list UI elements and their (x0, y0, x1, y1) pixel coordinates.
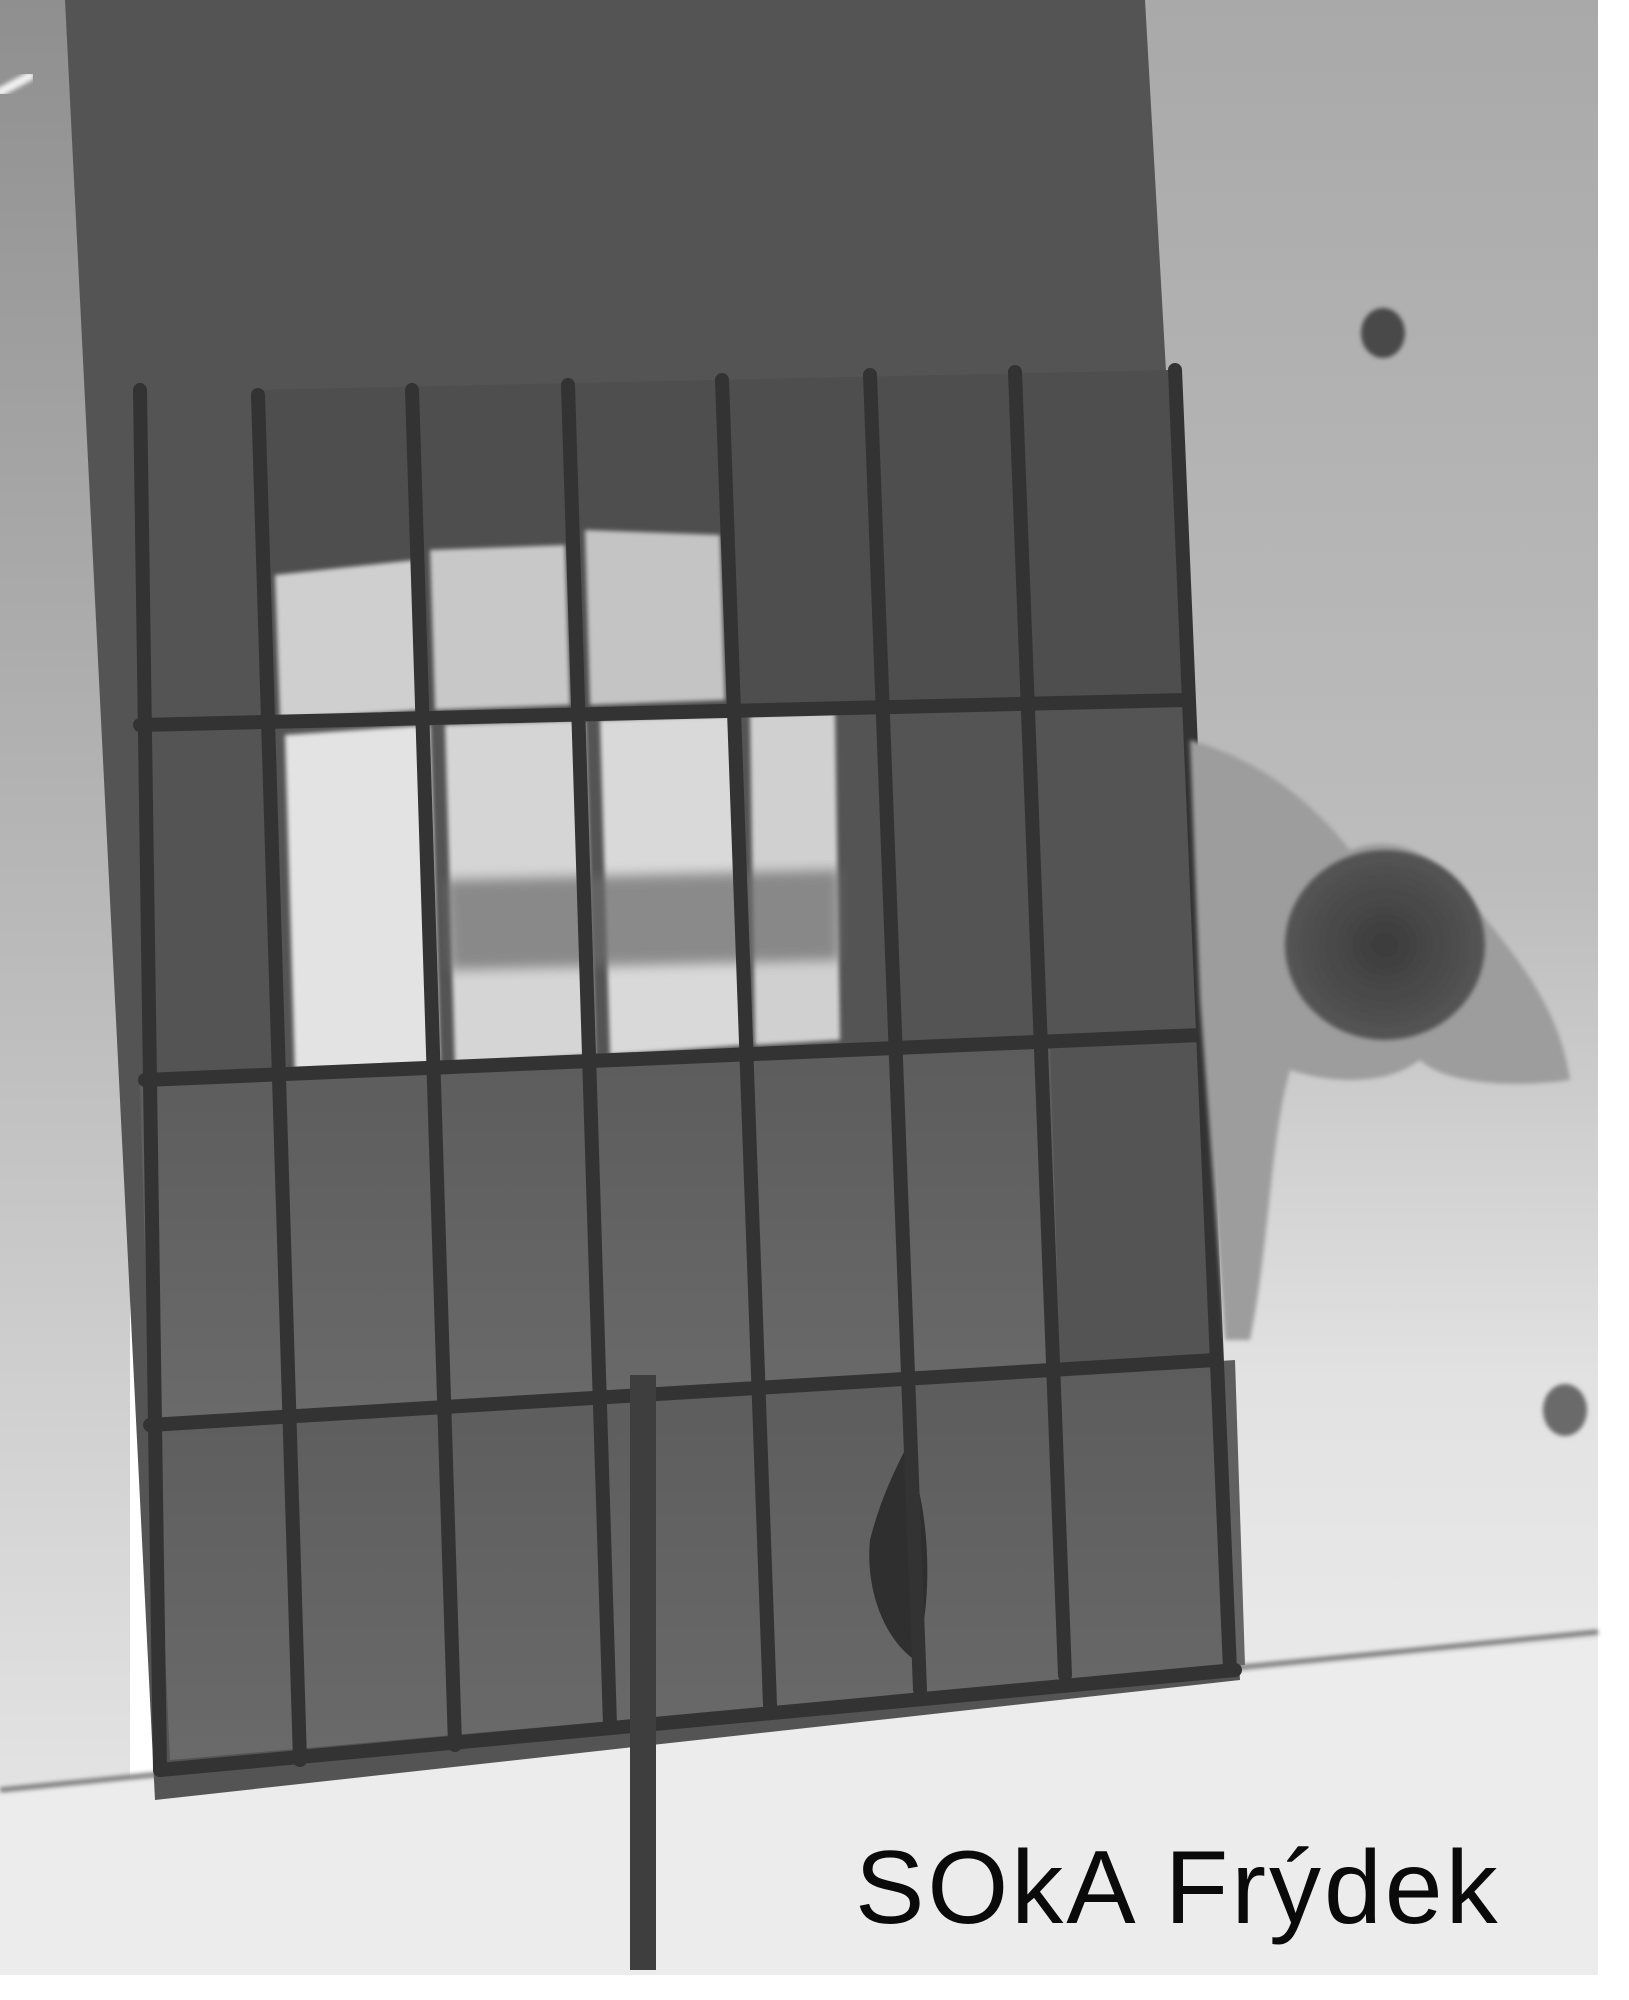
lit-pane (585, 530, 725, 705)
wall-hole (1361, 308, 1405, 358)
lit-pane (275, 560, 420, 720)
lit-pane (285, 725, 440, 1075)
archival-photo (0, 0, 1629, 2000)
watermark-caption: SOkA Frýdek (855, 1836, 1501, 1940)
plaster-hole (1285, 850, 1485, 1040)
lit-pane (430, 545, 570, 710)
wall-hole (1543, 1384, 1587, 1436)
drainpipe (630, 1375, 656, 1970)
